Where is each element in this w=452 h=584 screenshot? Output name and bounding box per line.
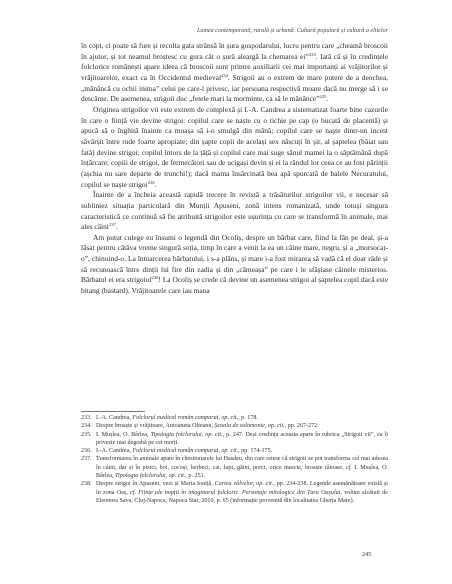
italic-title: Folclorul medical român comparat, op. ci… (132, 415, 238, 421)
footnote: 235.I. Mușlea, O. Bârlea, Tipologia folc… (81, 431, 388, 448)
footnote-text: I. Mușlea, O. Bârlea, Tipologia folcloru… (96, 431, 388, 448)
text-run: Originea strigoilor vii este extrem de c… (81, 105, 388, 189)
footnote: 237.Transformarea în animale apare în ch… (81, 455, 388, 480)
footnotes: 233.I.-A. Candrea, Folclorul medical rom… (81, 414, 388, 505)
footnote-number: 235. (81, 431, 96, 448)
text-run: , pp. 267-272. (285, 423, 319, 429)
footnote-number: 236. (81, 447, 96, 455)
footnote-reference: 233 (309, 52, 316, 57)
footnote-reference: 234 (221, 73, 228, 78)
footnote-number: 237. (81, 455, 96, 480)
footnote-text: I.-A. Candrea, Folclorul medical român c… (96, 447, 388, 455)
body-text: în copt, ci poate să fure și recolta gat… (81, 41, 388, 297)
italic-title: Tipologia folclorului, op. cit. (151, 432, 223, 438)
text-run: I.-A. Candrea, (96, 448, 132, 454)
footnote-reference: 236 (148, 180, 155, 185)
paragraph: Am putut culege eu însumi o legendă din … (81, 233, 388, 297)
footnote-number: 238. (81, 480, 96, 505)
running-head: Lumea contemporană, rurală și urbană. Cu… (80, 28, 388, 34)
italic-title: cf. Ființe ale nopții în imaginarul folc… (130, 490, 340, 496)
text-run: , pp. 174-175. (238, 448, 272, 454)
text-run: Transformarea în animale apare în chesti… (96, 456, 388, 470)
page-number: 245 (362, 551, 371, 558)
paragraph: în copt, ci poate să fure și recolta gat… (81, 41, 388, 105)
footnote-text: Transformarea în animale apare în chesti… (96, 455, 388, 480)
footnote: 236.I.-A. Candrea, Folclorul medical rom… (81, 447, 388, 455)
text-run: , p. 178. (238, 415, 258, 421)
paragraph: Înainte de a încheia această rapidă trec… (81, 190, 388, 233)
text-run: . (326, 94, 328, 103)
italic-title: Tipologia folclorului, op. cit. (115, 473, 185, 479)
footnote-text: Despre broaște și vrăjitoare, Antoaneta … (96, 422, 388, 430)
footnote-number: 234. (81, 422, 96, 430)
text-run: , p. 251. (185, 473, 205, 479)
text-run: Înainte de a încheia această rapidă trec… (81, 190, 388, 231)
text-run: Despre strigoi în Apuseni, vezi și Maria… (96, 481, 215, 487)
footnote-number: 233. (81, 414, 96, 422)
footnote-reference: 237 (109, 222, 116, 227)
footnote: 238.Despre strigoi în Apuseni, vezi și M… (81, 480, 388, 505)
text-run: I.-A. Candrea, (96, 415, 132, 421)
footnote: 234.Despre broaște și vrăjitoare, Antoan… (81, 422, 388, 430)
footnote-divider (81, 411, 145, 412)
footnote-text: I.-A. Candrea, Folclorul medical român c… (96, 414, 388, 422)
text-run: . (155, 180, 157, 189)
italic-title: Cartea vâlvelor, op. cit. (215, 481, 274, 487)
text-run: Despre broaște și vrăjitoare, Antoaneta … (96, 423, 214, 429)
footnote: 233.I.-A. Candrea, Folclorul medical rom… (81, 414, 388, 422)
paragraph: Originea strigoilor vii este extrem de c… (81, 105, 388, 190)
text-run: I. Mușlea, O. Bârlea, (96, 432, 151, 438)
italic-title: Folclorul medical român comparat, op. ci… (132, 448, 238, 454)
italic-title: Școala de solomonie, op. cit. (214, 423, 284, 429)
text-run: . (116, 222, 118, 231)
footnote-text: Despre strigoi în Apuseni, vezi și Maria… (96, 480, 388, 505)
